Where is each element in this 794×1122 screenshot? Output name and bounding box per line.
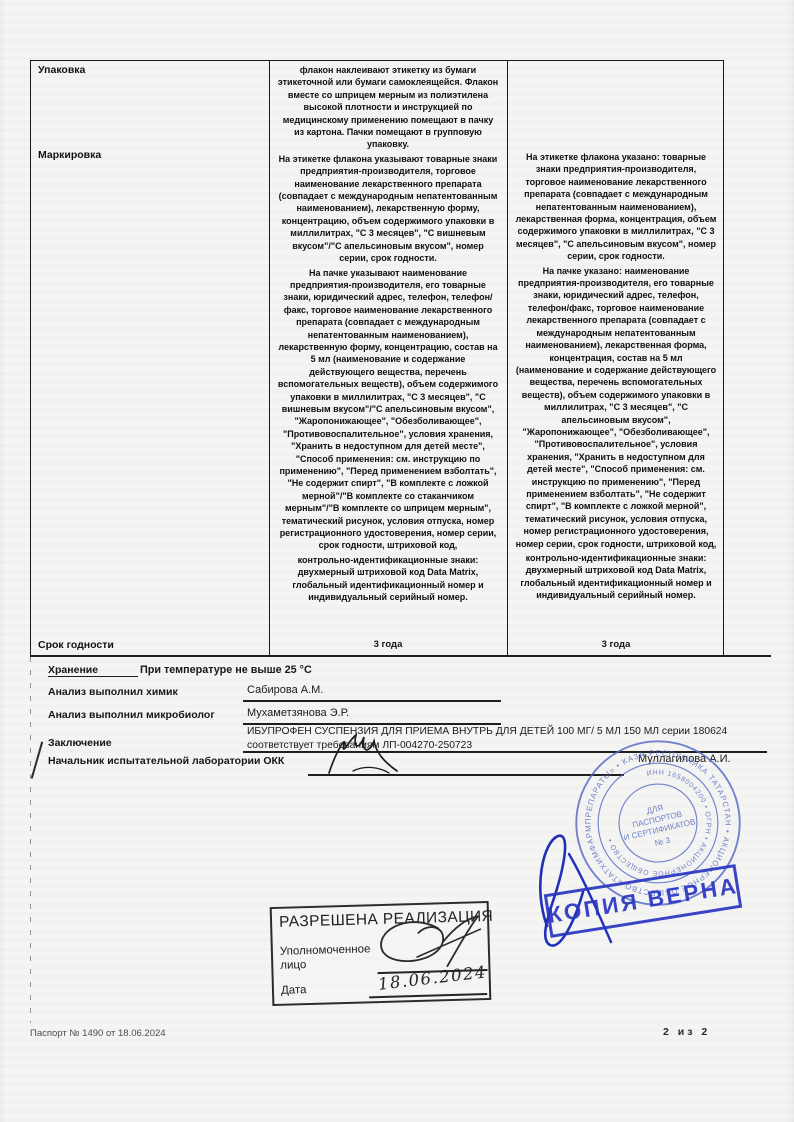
scanned-quality-passport-page: Упаковка Маркировка Срок годности флакон… — [0, 0, 794, 1122]
scan-pen-mark — [31, 742, 43, 779]
column-right: На этикетке флакона указано: товарные зн… — [509, 63, 723, 603]
marking-text-middle-1: На этикетке флакона указывают товарные з… — [271, 152, 505, 266]
chemist-value: Сабирова А.М. — [247, 684, 323, 696]
storage-label-wrap: Хранение — [48, 664, 138, 676]
lab-head-label: Начальник испытательной лаборатории ОКК — [48, 755, 284, 767]
microbiologist-value: Мухаметзянова Э.Р. — [247, 707, 349, 719]
row-label-packaging: Упаковка — [38, 64, 85, 76]
lab-head-signature — [323, 731, 405, 779]
column-middle: флакон наклеивают этикетку из бумаги эти… — [271, 63, 505, 604]
marking-text-middle-2: На пачке указывают наименование предприя… — [271, 266, 505, 553]
row-label-marking: Маркировка — [38, 149, 101, 161]
chemist-label: Анализ выполнил химик — [48, 686, 178, 698]
marking-text-middle-3: контрольно-идентификационные знаки: двух… — [271, 553, 505, 605]
row-label-shelf-life: Срок годности — [38, 639, 114, 651]
microbiologist-label: Анализ выполнил микробиолог — [48, 709, 215, 721]
page-number: 2 из 2 — [663, 1026, 710, 1038]
shelf-life-value-right: 3 года — [507, 639, 725, 650]
round-stamp-center-line4: № 3 — [654, 836, 672, 848]
specification-table: Упаковка Маркировка Срок годности флакон… — [30, 60, 724, 656]
marking-text-right-3: контрольно-идентификационные знаки: двух… — [509, 551, 723, 603]
passport-number-footer: Паспорт № 1490 от 18.06.2024 — [30, 1028, 166, 1039]
scan-crease-line — [30, 657, 31, 1023]
storage-value: При температуре не выше 25 °С — [140, 664, 312, 676]
table-bottom-rule — [30, 655, 771, 657]
storage-label: Хранение — [48, 664, 138, 677]
marking-text-right-1: На этикетке флакона указано: товарные зн… — [509, 150, 723, 264]
shelf-life-value-middle: 3 года — [269, 639, 507, 650]
marking-text-right-2: На пачке указано: наименование предприят… — [509, 264, 723, 551]
release-date-label: Дата — [281, 984, 307, 997]
chemist-signature-line — [243, 700, 501, 702]
packaging-text-middle: флакон наклеивают этикетку из бумаги эти… — [271, 63, 505, 152]
conclusion-label: Заключение — [48, 737, 112, 749]
release-date-line — [369, 993, 487, 998]
release-authorized-stamp: РАЗРЕШЕНА РЕАЛИЗАЦИЯ Уполномоченное лицо… — [270, 901, 492, 1006]
right-column-empty-cell — [509, 63, 723, 150]
